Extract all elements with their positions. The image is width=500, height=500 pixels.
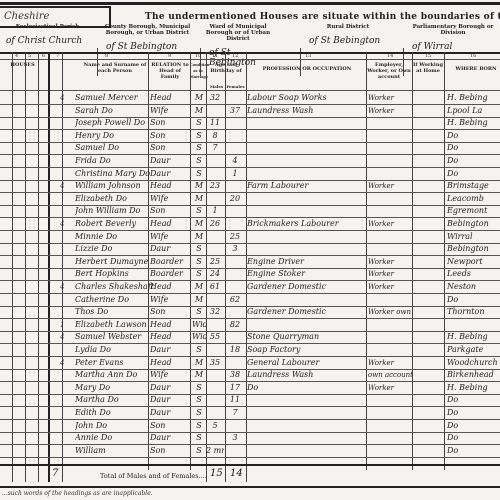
birthplace: Woodchurch <box>447 357 500 369</box>
table-row: John DoSonS5Do <box>0 420 500 432</box>
occupation: Soap Factory <box>247 344 365 356</box>
employment-status <box>368 432 412 444</box>
occupation <box>247 155 365 167</box>
relation-header: RELATION to Head of Family <box>150 62 190 80</box>
birthplace: Bebington <box>447 243 500 255</box>
table-row: Christina Mary DoDaurS1Do <box>0 168 500 180</box>
age-male <box>206 369 224 381</box>
occupation <box>247 294 365 306</box>
age-female <box>225 268 245 280</box>
schedule-number <box>60 105 70 117</box>
schedule-number: 4 <box>60 357 70 369</box>
employment-status: Worker <box>368 357 412 369</box>
table-row: Elizabeth DoWifeM20Leacomb <box>0 193 500 205</box>
birthplace: Lpool La <box>447 105 500 117</box>
age-male: 55 <box>206 331 224 343</box>
schedule-number <box>60 117 70 129</box>
employment-status: Worker <box>368 218 412 230</box>
table-row: Sarah DoWifeM37Laundress WashWorkerLpool… <box>0 105 500 117</box>
condition: S <box>192 256 206 268</box>
employment-status <box>368 168 412 180</box>
age-female: 3 <box>225 243 245 255</box>
occupation <box>247 319 365 331</box>
condition: M <box>192 180 206 192</box>
table-row: Herbert DumayneBoarderS25Engine DriverWo… <box>0 256 500 268</box>
age-male <box>206 155 224 167</box>
schedule-number <box>60 268 70 280</box>
condition: M <box>192 218 206 230</box>
occupation: Gardener Domestic <box>247 281 365 293</box>
age-female <box>225 130 245 142</box>
schedule-number <box>60 306 70 318</box>
age-female: 38 <box>225 369 245 381</box>
occupation: Farm Labourer <box>247 180 365 192</box>
table-row: 4Samuel MercerHeadM32Labour Soap WorksWo… <box>0 92 500 104</box>
schedule-number <box>60 256 70 268</box>
employment-status <box>368 117 412 129</box>
rural-district: Rural District of St Bebington <box>303 24 393 52</box>
condition: S <box>192 205 206 217</box>
birthplace: Thornton <box>447 306 500 318</box>
age-female <box>225 445 245 457</box>
relation: Head <box>150 180 195 192</box>
age-female <box>225 142 245 154</box>
employment-status <box>368 331 412 343</box>
schedule-number: 4 <box>60 218 70 230</box>
condition: M <box>192 193 206 205</box>
age-male <box>206 319 224 331</box>
occupation <box>247 193 365 205</box>
birthplace: Wirral <box>447 231 500 243</box>
employment-status: Worker <box>368 268 412 280</box>
birthplace: Newport <box>447 256 500 268</box>
parliamentary-division: Parliamentary Borough or Division of Wir… <box>406 24 500 52</box>
table-row: 4Robert BeverlyHeadM26Brickmakers Labour… <box>0 218 500 230</box>
age-female <box>225 117 245 129</box>
employment-status <box>368 130 412 142</box>
relation: Daur <box>150 344 195 356</box>
birthplace: Leeds <box>447 268 500 280</box>
age-male: 1 <box>206 205 224 217</box>
birthplace: Do <box>447 445 500 457</box>
condition: M <box>192 231 206 243</box>
table-row: 4William JohnsonHeadM23Farm LabourerWork… <box>0 180 500 192</box>
relation: Son <box>150 117 195 129</box>
age-male <box>206 432 224 444</box>
age-male: 32 <box>206 306 224 318</box>
occupation: Engine Driver <box>247 256 365 268</box>
employment-status <box>368 294 412 306</box>
birthplace: H. Bebing <box>447 92 500 104</box>
employment-status: Worker own account <box>368 306 412 318</box>
relation: Son <box>150 420 195 432</box>
employment-status <box>368 243 412 255</box>
schedule-number <box>60 142 70 154</box>
ward: Ward of Municipal Borough or of Urban Di… <box>203 24 273 52</box>
table-row: Joseph Powell DoSonS11H. Bebing <box>0 117 500 129</box>
relation: Daur <box>150 382 195 394</box>
relation: Daur <box>150 243 195 255</box>
birthplace: Bebington <box>447 218 500 230</box>
schedule-number <box>60 394 70 406</box>
employment-status <box>368 205 412 217</box>
occupation: Stone Quarryman <box>247 331 365 343</box>
birthplace: H. Bebing <box>447 382 500 394</box>
birthplace: Parkgate <box>447 344 500 356</box>
age-male: 25 <box>206 256 224 268</box>
relation: Son <box>150 142 195 154</box>
age-male: 61 <box>206 281 224 293</box>
schedule-number <box>60 231 70 243</box>
age-female: 37 <box>225 105 245 117</box>
condition: S <box>192 407 206 419</box>
age-male <box>206 294 224 306</box>
table-row: Martha Ann DoWifeM38Laundress Washown ac… <box>0 369 500 381</box>
age-male: 11 <box>206 117 224 129</box>
table-row: Annie DoDaurS3Do <box>0 432 500 444</box>
table-row: Mary DoDaurS17DoWorkerH. Bebing <box>0 382 500 394</box>
top-border <box>0 2 500 5</box>
occupation: Gardener Domestic <box>247 306 365 318</box>
birthplace: Do <box>447 394 500 406</box>
schedule-number: 4 <box>60 92 70 104</box>
birthplace: Leacomb <box>447 193 500 205</box>
at-home-header: If Working at Home <box>412 62 444 74</box>
schedule-number: 4 <box>60 331 70 343</box>
relation: Daur <box>150 407 195 419</box>
condition: S <box>192 130 206 142</box>
footnote: ...such words of the headings as are ina… <box>2 490 153 497</box>
age-female: 11 <box>225 394 245 406</box>
schedule-number: 1 <box>60 319 70 331</box>
age-male: 32 <box>206 92 224 104</box>
birthplace: Do <box>447 168 500 180</box>
age-male <box>206 243 224 255</box>
birthplace: H. Bebing <box>447 117 500 129</box>
employment-status: Worker <box>368 105 412 117</box>
age-female <box>225 92 245 104</box>
condition: S <box>192 268 206 280</box>
occupation: Laundress Wash <box>247 369 365 381</box>
schedule-number <box>60 155 70 167</box>
relation: Daur <box>150 432 195 444</box>
occupation: General Labourer <box>247 357 365 369</box>
schedule-number <box>60 369 70 381</box>
age-female: 62 <box>225 294 245 306</box>
total-houses: 7 <box>52 468 58 479</box>
employment-status: Worker <box>368 92 412 104</box>
age-female <box>225 357 245 369</box>
schedule-number <box>60 420 70 432</box>
relation: Wife <box>150 369 195 381</box>
occupation <box>247 142 365 154</box>
schedule-number <box>60 382 70 394</box>
relation: Head <box>150 218 195 230</box>
condition: S <box>192 243 206 255</box>
condition: Wid <box>192 331 206 343</box>
occupation: Labour Soap Works <box>247 92 365 104</box>
schedule-number <box>60 344 70 356</box>
occupation <box>247 117 365 129</box>
age-female <box>225 420 245 432</box>
schedule-number: 4 <box>60 180 70 192</box>
employment-status <box>368 142 412 154</box>
age-male <box>206 105 224 117</box>
age-male: 2 mnth <box>206 445 224 457</box>
table-row: Samuel DoSonS7Do <box>0 142 500 154</box>
condition: M <box>192 357 206 369</box>
birthplace: Do <box>447 142 500 154</box>
schedule-number: 4 <box>60 281 70 293</box>
table-row: 4Charles ShakeshaftHeadM61Gardener Domes… <box>0 281 500 293</box>
condition: S <box>192 445 206 457</box>
employment-status <box>368 319 412 331</box>
relation: Head <box>150 357 195 369</box>
birthplace: Egremont <box>447 205 500 217</box>
relation: Son <box>150 445 195 457</box>
occupation: Do <box>247 382 365 394</box>
schedule-number <box>60 294 70 306</box>
occupation-header: PROFESSION OR OCCUPATION <box>248 66 366 72</box>
birthplace: Birkenhead <box>447 369 500 381</box>
table-row: Lydia DoDaurS18Soap FactoryParkgate <box>0 344 500 356</box>
age-female: 1 <box>225 168 245 180</box>
relation: Head <box>150 92 195 104</box>
occupation <box>247 432 365 444</box>
census-page: Cheshire The undermentioned Houses are s… <box>0 0 500 500</box>
age-male <box>206 382 224 394</box>
division-header: Ecclesiastical Parish of Christ Church C… <box>0 24 500 52</box>
schedule-number <box>60 432 70 444</box>
age-male: 26 <box>206 218 224 230</box>
age-male <box>206 394 224 406</box>
relation: Daur <box>150 394 195 406</box>
schedule-number <box>60 407 70 419</box>
occupation <box>247 168 365 180</box>
totals-label: Total of Males and of Females.... <box>100 472 207 480</box>
occupation: Brickmakers Labourer <box>247 218 365 230</box>
total-males: 15 <box>210 468 223 479</box>
condition: S <box>192 344 206 356</box>
age-female <box>225 331 245 343</box>
table-row: Bert HopkinsBoarderS24Engine StokerWorke… <box>0 268 500 280</box>
relation: Son <box>150 130 195 142</box>
table-row: Frida DoDaurS4Do <box>0 155 500 167</box>
condition: M <box>192 294 206 306</box>
relation: Daur <box>150 168 195 180</box>
employment-status <box>368 344 412 356</box>
age-male: 24 <box>206 268 224 280</box>
employer-header: Employer, Worker, or Own account <box>366 62 412 80</box>
condition: S <box>192 306 206 318</box>
employment-status: own account <box>368 369 412 381</box>
birthplace-header: WHERE BORN <box>446 66 500 72</box>
employment-status <box>368 407 412 419</box>
employment-status: Worker <box>368 180 412 192</box>
employment-status <box>368 155 412 167</box>
table-row: Thos DoSonS32Gardener DomesticWorker own… <box>0 306 500 318</box>
schedule-number <box>60 445 70 457</box>
occupation <box>247 243 365 255</box>
condition: S <box>192 117 206 129</box>
age-female: 25 <box>225 231 245 243</box>
employment-status: Worker <box>368 382 412 394</box>
occupation: Laundress Wash <box>247 105 365 117</box>
employment-status <box>368 231 412 243</box>
occupation <box>247 231 365 243</box>
birthplace <box>447 319 500 331</box>
birthplace: Do <box>447 294 500 306</box>
ecclesiastical-parish: Ecclesiastical Parish of Christ Church <box>0 24 95 52</box>
page-banner: The undermentioned Houses are situate wi… <box>145 12 500 22</box>
table-row: 4Peter EvansHeadM35General LabourerWorke… <box>0 357 500 369</box>
age-male: 5 <box>206 420 224 432</box>
condition: S <box>192 168 206 180</box>
age-male: 8 <box>206 130 224 142</box>
age-female: 4 <box>225 155 245 167</box>
condition: S <box>192 382 206 394</box>
birthplace: H. Bebing <box>447 331 500 343</box>
schedule-number <box>60 193 70 205</box>
employment-status: Worker <box>368 281 412 293</box>
relation: Head <box>150 281 195 293</box>
age-female: 7 <box>225 407 245 419</box>
age-female <box>225 180 245 192</box>
age-female: 17 <box>225 382 245 394</box>
age-female <box>225 218 245 230</box>
age-male <box>206 231 224 243</box>
age-female <box>225 256 245 268</box>
condition: S <box>192 432 206 444</box>
birthplace: Do <box>447 407 500 419</box>
age-male <box>206 168 224 180</box>
occupation <box>247 420 365 432</box>
table-row: Catherine DoWifeM62Do <box>0 294 500 306</box>
condition: S <box>192 420 206 432</box>
birthplace: Do <box>447 432 500 444</box>
birthplace: Do <box>447 155 500 167</box>
birthplace: Neston <box>447 281 500 293</box>
relation: Head <box>150 331 195 343</box>
birthplace: Brimstage <box>447 180 500 192</box>
table-row: Edith DoDaurS7Do <box>0 407 500 419</box>
occupation <box>247 445 365 457</box>
age-female <box>225 205 245 217</box>
total-females: 14 <box>230 468 243 479</box>
table-row: 1Elizabeth LawsonHeadWid82 <box>0 319 500 331</box>
schedule-number <box>60 168 70 180</box>
schedule-number <box>60 243 70 255</box>
relation: Boarder <box>150 256 195 268</box>
table-row: 4Samuel WebsterHeadWid55Stone QuarrymanH… <box>0 331 500 343</box>
occupation <box>247 130 365 142</box>
occupation <box>247 407 365 419</box>
age-female: 18 <box>225 344 245 356</box>
table-row: Lizzie DoDaurS3Bebington <box>0 243 500 255</box>
age-female <box>225 306 245 318</box>
age-male <box>206 193 224 205</box>
birthplace: Do <box>447 420 500 432</box>
table-row: WilliamSonS2 mnthDo <box>0 445 500 457</box>
employment-status <box>368 445 412 457</box>
age-female: 20 <box>225 193 245 205</box>
relation: Head <box>150 319 195 331</box>
relation: Daur <box>150 155 195 167</box>
county-borough: County Borough, Municipal Borough, or Ur… <box>100 24 195 52</box>
condition: M <box>192 281 206 293</box>
occupation <box>247 205 365 217</box>
age-male <box>206 407 224 419</box>
relation: Boarder <box>150 268 195 280</box>
employment-status <box>368 193 412 205</box>
employment-status <box>368 394 412 406</box>
age-female <box>225 281 245 293</box>
relation: Wife <box>150 193 195 205</box>
age-male: 7 <box>206 142 224 154</box>
condition: S <box>192 394 206 406</box>
condition: M <box>192 92 206 104</box>
condition: S <box>192 155 206 167</box>
schedule-number <box>60 205 70 217</box>
relation: Son <box>150 205 195 217</box>
table-row: Henry DoSonS8Do <box>0 130 500 142</box>
age-header: Age last Birthday of <box>207 62 245 74</box>
occupation: Engine Stoker <box>247 268 365 280</box>
table-row: Martha DoDaurS11Do <box>0 394 500 406</box>
employment-status: Worker <box>368 256 412 268</box>
age-female: 82 <box>225 319 245 331</box>
age-male <box>206 344 224 356</box>
table-row: John William DoSonS1Egremont <box>0 205 500 217</box>
table-row: Minnie DoWifeM25Wirral <box>0 231 500 243</box>
name-header: Name and Surname of each Person <box>80 62 150 74</box>
relation: Son <box>150 306 195 318</box>
condition-header: Condition as to Marriage <box>190 62 206 80</box>
relation: Wife <box>150 105 195 117</box>
condition: Wid <box>192 319 206 331</box>
condition: S <box>192 142 206 154</box>
age-female: 3 <box>225 432 245 444</box>
age-male: 23 <box>206 180 224 192</box>
condition: M <box>192 105 206 117</box>
birthplace: Do <box>447 130 500 142</box>
relation: Wife <box>150 231 195 243</box>
schedule-number <box>60 130 70 142</box>
condition: M <box>192 369 206 381</box>
relation: Wife <box>150 294 195 306</box>
age-male: 35 <box>206 357 224 369</box>
occupation <box>247 394 365 406</box>
employment-status <box>368 420 412 432</box>
